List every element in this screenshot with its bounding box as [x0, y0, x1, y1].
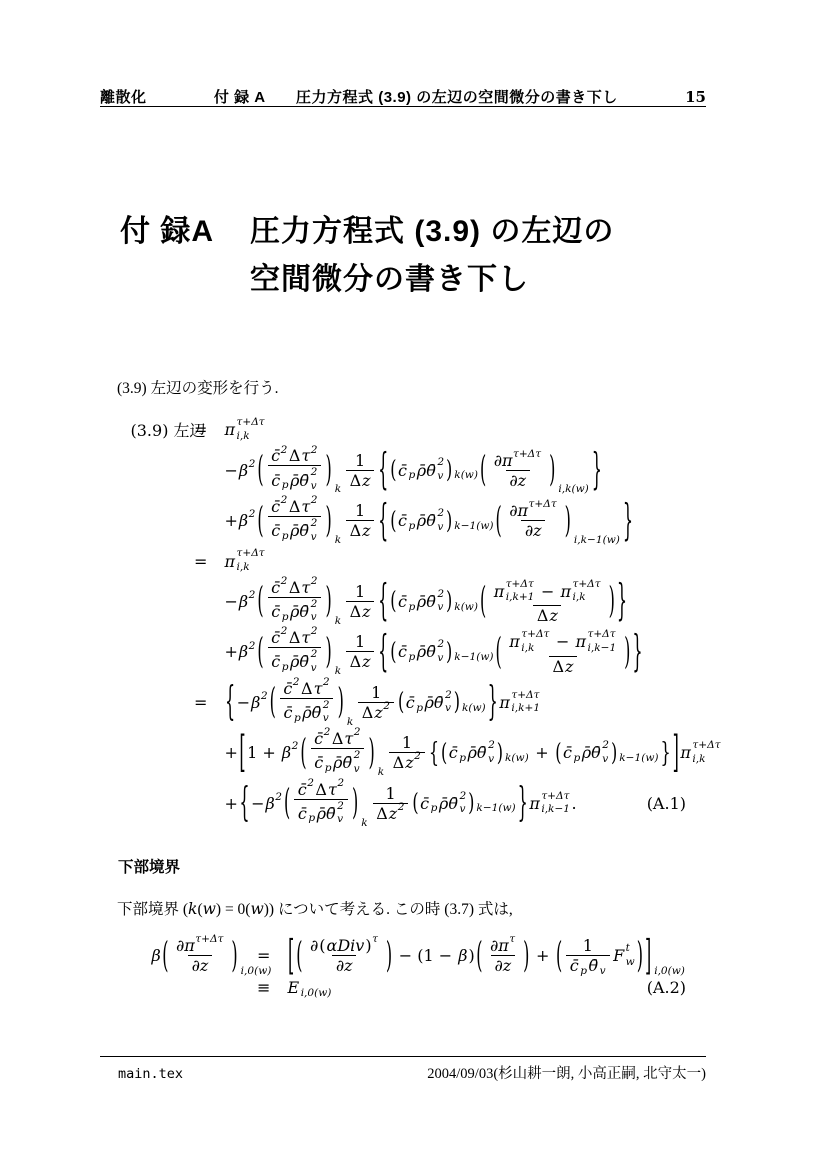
math-variable: π: [575, 632, 586, 651]
math-operator: 1: [385, 784, 395, 803]
equation-line: −β2(c̄2Δτ2c̄pρ̄θ̄2v)k1Δz{(c̄pρ̄θ̄2v)k(w)…: [130, 578, 706, 625]
subscript: k(w): [454, 469, 478, 481]
subscript: k−1(w): [476, 802, 515, 814]
delimiter: (: [412, 791, 418, 815]
delimiter: ): [446, 589, 452, 613]
superscript: 2: [602, 739, 609, 753]
math-variable: z: [362, 602, 370, 621]
math-variable: τ: [344, 729, 353, 748]
equation-line: ={−β2(c̄2Δτ2c̄pρ̄θ̄2v)k1Δz2(c̄pρ̄θ̄2v)k(…: [130, 679, 706, 726]
page-footer: main.tex 2004/09/03(杉山耕一朗, 小高正嗣, 北守太一): [100, 1062, 706, 1083]
subscript: i,0(w): [654, 965, 685, 977]
math-variable: c̄: [271, 471, 280, 490]
delimiter: }: [623, 499, 633, 542]
delimiter: {: [378, 630, 388, 673]
fraction: 1c̄pθ̄v: [566, 936, 609, 975]
denominator: ∂z: [506, 470, 530, 490]
delimiter: ): [497, 741, 503, 765]
math-variable: z: [362, 652, 370, 671]
math-operator: 1: [583, 936, 593, 955]
superscript: 2: [261, 690, 268, 702]
delimiter: ): [368, 735, 374, 770]
subscript: p: [416, 702, 423, 714]
math-operator: 1: [355, 451, 365, 470]
math-variable: ∂π: [494, 451, 513, 470]
fraction: 1Δz2: [389, 733, 425, 772]
equation-content: {−β2(c̄2Δτ2c̄pρ̄θ̄2v)k1Δz2(c̄pρ̄θ̄2v)k(w…: [224, 679, 541, 726]
numerator: c̄2Δτ2: [268, 497, 322, 516]
math-variable: c̄: [283, 703, 292, 722]
denominator: ∂z: [332, 955, 356, 975]
math-variable: ∂π: [490, 936, 509, 955]
math-variable: β: [239, 592, 248, 611]
delimiter: ): [352, 786, 358, 821]
math-operator: +: [531, 946, 555, 965]
math-variable: c̄: [449, 743, 458, 762]
math-variable: ∂z: [509, 471, 526, 490]
math-variable: π: [225, 552, 236, 571]
superscript-subscript-stack: 2v: [437, 507, 444, 534]
denominator: c̄pρ̄θ̄2v: [280, 698, 334, 726]
math-variable: ρ̄θ̄: [302, 703, 321, 722]
fraction: πτ+Δτi,k+1 − πτ+Δτi,kΔz: [490, 578, 604, 625]
math-variable: z: [549, 606, 557, 625]
superscript: 2: [398, 801, 405, 813]
subscript: v: [602, 753, 608, 767]
superscript-subscript-stack: 2v: [311, 517, 318, 544]
superscript: 2: [292, 740, 299, 752]
subscript: k−1(w): [454, 520, 493, 532]
fraction: 1Δz: [346, 451, 374, 490]
math-operator: +: [225, 511, 238, 530]
math-operator: Δ: [289, 497, 301, 516]
equation-content: −β2(c̄2Δτ2c̄pρ̄θ̄2v)k1Δz{(c̄pρ̄θ̄2v)k(w)…: [224, 578, 628, 625]
math-variable: ρ̄θ̄: [290, 471, 309, 490]
fraction: ∂πτ+Δτ∂z: [506, 501, 561, 540]
superscript: τ+Δτ: [513, 448, 541, 460]
fraction: 1Δz: [346, 632, 374, 671]
math-variable: E: [288, 978, 300, 997]
denominator: Δz: [346, 520, 374, 540]
subscript: v: [337, 813, 343, 827]
superscript: 2: [324, 726, 331, 738]
math-variable: ρ̄θ̄: [290, 602, 309, 621]
header-rule: [100, 106, 706, 107]
math-variable: β: [152, 946, 161, 965]
subscript: p: [282, 661, 289, 673]
delimiter: (: [390, 640, 396, 664]
delimiter: (: [496, 503, 502, 538]
math-operator: −: [225, 592, 238, 611]
math-variable: τ: [301, 578, 310, 597]
appendix-title-label: 付 録A: [120, 208, 214, 304]
subscript: i,0(w): [301, 987, 332, 999]
math-variable: β: [239, 642, 248, 661]
delimiter: [: [239, 731, 245, 774]
subscript: i,0(w): [241, 965, 272, 977]
subscript: p: [308, 812, 315, 824]
superscript: 2: [311, 466, 318, 480]
page-number: 15: [685, 88, 706, 106]
text-run: ) = 0(: [216, 901, 251, 918]
subscript: i,k: [237, 561, 250, 575]
superscript-subscript-stack: τ+Δτi,k−1: [587, 628, 616, 655]
denominator: Δz2: [389, 752, 425, 772]
superscript-subscript-stack: τ+Δτi,k+1: [506, 578, 535, 605]
math-variable: c̄: [563, 743, 572, 762]
equation-content: +{−β2(c̄2Δτ2c̄pρ̄θ̄2v)k1Δz2(c̄pρ̄θ̄2v)k−…: [224, 780, 577, 827]
subscript: p: [282, 530, 289, 542]
math-variable: ρ̄θ̄: [425, 693, 444, 712]
fraction: 1Δz: [346, 582, 374, 621]
math-operator: Δ: [552, 657, 564, 676]
delimiter: (: [496, 634, 502, 671]
math-operator: Δ: [350, 521, 362, 540]
math-operator: Δ: [332, 729, 344, 748]
delimiter: ): [454, 690, 460, 714]
subscript: k(w): [462, 702, 486, 714]
appendix-title-text: 圧力方程式 (3.9) の左辺の 空間微分の書き下し: [250, 208, 614, 304]
superscript: 2: [311, 598, 318, 612]
superscript: 2: [311, 625, 318, 637]
math-variable: β: [239, 511, 248, 530]
math-operator: Δ: [301, 679, 313, 698]
numerator: 1: [352, 632, 369, 651]
math-operator: 1: [402, 733, 412, 752]
math-variable: c̄: [398, 511, 407, 530]
superscript: 2: [311, 575, 318, 587]
superscript: 2: [281, 444, 288, 456]
superscript: τ+Δτ: [511, 689, 539, 703]
superscript: 2: [337, 800, 344, 814]
superscript-subscript-stack: τ+Δτi,k: [521, 628, 549, 655]
math-variable: ρ̄θ̄: [417, 592, 436, 611]
math-variable: w: [203, 900, 216, 918]
subscript: v: [445, 702, 451, 716]
math-variable: ρ̄θ̄: [317, 804, 336, 823]
delimiter: ): [325, 453, 331, 488]
math-operator: ): [365, 936, 371, 955]
delimiter: (: [257, 584, 263, 619]
math-operator: Δ: [362, 703, 374, 722]
math-variable: ρ̄θ̄: [582, 743, 601, 762]
equation-content: −β2(c̄2Δτ2c̄pρ̄θ̄2v)k1Δz{(c̄pρ̄θ̄2v)k(w)…: [224, 446, 603, 493]
equation-a1: (3.9) 左辺=πτ+Δτi,k−β2(c̄2Δτ2c̄pρ̄θ̄2v)k1Δ…: [130, 413, 706, 830]
subscript: v: [323, 712, 329, 726]
delimiter: [: [288, 935, 294, 977]
math-operator: 1: [355, 501, 365, 520]
delimiter: ): [611, 741, 617, 765]
math-operator: Δ: [350, 652, 362, 671]
math-variable: c̄: [271, 652, 280, 671]
superscript: 2: [445, 689, 452, 703]
math-operator: Δ: [393, 753, 405, 772]
numerator: ∂πτ+Δτ: [173, 936, 228, 955]
math-variable: τ: [301, 628, 310, 647]
fraction: c̄2Δτ2c̄pρ̄θ̄2v: [268, 497, 322, 544]
denominator: c̄pρ̄θ̄2v: [268, 516, 322, 544]
numerator: c̄2Δτ2: [268, 628, 322, 647]
footer-credits: 2004/09/03(杉山耕一朗, 小高正嗣, 北守太一): [427, 1062, 706, 1083]
superscript: 2: [437, 638, 444, 652]
superscript: 2: [311, 444, 318, 456]
math-variable: F: [613, 946, 624, 965]
math-variable: β: [282, 743, 291, 762]
equation-relation: =: [194, 420, 224, 439]
superscript: 2: [323, 676, 330, 688]
delimiter: ): [446, 509, 452, 533]
math-operator: ): [469, 946, 475, 965]
subscript: i,k−1: [541, 803, 570, 817]
numerator: πτ+Δτi,k − πτ+Δτi,k−1: [506, 628, 620, 655]
math-variable: z: [374, 703, 382, 722]
subscript: k: [378, 766, 384, 778]
superscript: τ: [372, 933, 378, 945]
math-variable: ∂: [310, 936, 318, 955]
superscript-subscript-stack: 2v: [437, 588, 444, 615]
math-variable: ρ̄θ̄: [439, 794, 458, 813]
math-variable: c̄: [398, 642, 407, 661]
denominator: ∂z: [521, 520, 545, 540]
delimiter: (: [555, 741, 561, 765]
equation-relation: =: [194, 552, 224, 571]
subscript: v: [437, 652, 443, 666]
math-variable: ρ̄θ̄: [417, 511, 436, 530]
delimiter: (: [480, 453, 486, 488]
superscript-subscript-stack: 2v: [311, 598, 318, 625]
delimiter: (: [162, 938, 168, 973]
equation-relation: =: [257, 946, 287, 965]
numerator: πτ+Δτi,k+1 − πτ+Δτi,k: [490, 578, 604, 605]
equation-content: Ei,0(w): [287, 978, 332, 997]
fraction: c̄2Δτ2c̄pρ̄θ̄2v: [268, 578, 322, 625]
superscript-subscript-stack: τ+Δτi,k: [692, 739, 720, 766]
subscript: p: [580, 965, 587, 977]
superscript: t: [626, 942, 630, 956]
delimiter: (: [441, 741, 447, 765]
delimiter: {: [225, 682, 235, 722]
math-variable: w: [250, 900, 263, 918]
subscript: i,k+1: [506, 591, 535, 605]
subscript: p: [573, 752, 580, 764]
math-variable: c̄: [271, 578, 280, 597]
superscript: 2: [488, 739, 495, 753]
subscript: v: [488, 753, 494, 767]
math-variable: c̄: [420, 794, 429, 813]
equation-line: ≡Ei,0(w)(A.2): [151, 978, 706, 997]
subscript: k(w): [454, 601, 478, 613]
subscript: k−1(w): [619, 752, 658, 764]
delimiter: ): [338, 685, 344, 720]
math-operator: 1 +: [247, 743, 281, 762]
superscript-subscript-stack: 2v: [311, 466, 318, 493]
numerator: c̄2Δτ2: [280, 679, 334, 698]
math-variable: c̄: [271, 446, 280, 465]
superscript: 2: [249, 508, 256, 520]
equation-a2: β(∂πτ+Δτ∂z)i,0(w)=[(∂(αDiv)τ∂z) − (1 − β…: [151, 933, 706, 1000]
superscript: 2: [311, 494, 318, 506]
math-operator: 1: [355, 632, 365, 651]
math-variable: c̄: [271, 521, 280, 540]
fraction: c̄2Δτ2c̄pρ̄θ̄2v: [268, 446, 322, 493]
subscript: k: [335, 483, 341, 495]
subscript: i,k−1: [587, 642, 616, 656]
superscript: 2: [249, 640, 256, 652]
math-variable: ρ̄θ̄: [417, 642, 436, 661]
superscript: 2: [337, 777, 344, 789]
math-variable: ∂z: [494, 956, 511, 975]
equation-number: (A.2): [647, 978, 686, 997]
superscript: 2: [459, 790, 466, 804]
delimiter: ): [523, 938, 529, 973]
superscript: 2: [414, 750, 421, 762]
delimiter: (: [390, 589, 396, 613]
math-variable: c̄: [570, 956, 579, 975]
superscript: τ: [509, 933, 515, 945]
subscript: v: [437, 521, 443, 535]
delimiter: (: [257, 503, 263, 538]
numerator: 1: [368, 683, 385, 702]
equation-number: (A.1): [647, 794, 686, 813]
math-variable: c̄: [398, 592, 407, 611]
delimiter: }: [518, 783, 528, 823]
denominator: Δz: [346, 651, 374, 671]
math-variable: c̄: [271, 497, 280, 516]
superscript: 2: [311, 648, 318, 662]
math-operator: 1: [371, 683, 381, 702]
delimiter: (: [556, 938, 562, 973]
superscript: 2: [281, 575, 288, 587]
math-variable: c̄: [314, 753, 323, 772]
math-operator: −: [237, 693, 250, 712]
math-variable: ∂π: [176, 936, 195, 955]
fraction: ∂(αDiv)τ∂z: [307, 936, 382, 975]
subscript: v: [459, 803, 465, 817]
math-variable: ρ̄θ̄: [290, 521, 309, 540]
subscript: p: [409, 520, 416, 532]
appendix-title: 付 録A 圧力方程式 (3.9) の左辺の 空間微分の書き下し: [120, 208, 614, 304]
denominator: ∂z: [491, 955, 515, 975]
superscript-subscript-stack: τ+Δτi,k+1: [511, 689, 540, 716]
subscript: p: [282, 479, 289, 491]
numerator: ∂(αDiv)τ: [307, 936, 382, 955]
superscript-subscript-stack: τ+Δτi,k: [237, 547, 265, 574]
math-variable: ρ̄θ̄: [468, 743, 487, 762]
subscript: k(w): [505, 752, 529, 764]
delimiter: }: [592, 449, 602, 492]
math-operator: Δ: [315, 780, 327, 799]
subscript: v: [437, 601, 443, 615]
denominator: Δz: [533, 605, 561, 625]
footer-filename: main.tex: [100, 1066, 183, 1082]
math-variable: β: [239, 461, 248, 480]
math-operator: Δ: [289, 628, 301, 647]
delimiter: {: [378, 449, 388, 492]
math-variable: β: [458, 946, 467, 965]
subscript: i,k: [692, 753, 705, 767]
subscript: p: [325, 762, 332, 774]
math-operator: Δ: [350, 471, 362, 490]
fraction: ∂πτ+Δτ∂z: [173, 936, 228, 975]
denominator: Δz: [346, 470, 374, 490]
denominator: ∂z: [188, 955, 212, 975]
subscript: v: [354, 763, 360, 777]
fraction: c̄2Δτ2c̄pρ̄θ̄2v: [268, 628, 322, 675]
denominator: c̄pρ̄θ̄2v: [294, 799, 348, 827]
equation-content: [(∂(αDiv)τ∂z) − (1 − β)(∂πτ∂z) + (1c̄pθ̄…: [287, 936, 687, 975]
math-operator: −: [225, 461, 238, 480]
math-variable: c̄: [398, 461, 407, 480]
math-variable: c̄: [406, 693, 415, 712]
fraction: 1Δz: [346, 501, 374, 540]
math-variable: β: [251, 693, 260, 712]
math-operator: +: [530, 743, 554, 762]
subscript: p: [431, 802, 438, 814]
fraction: ∂πτ+Δτ∂z: [490, 451, 545, 490]
superscript: τ+Δτ: [572, 578, 600, 592]
denominator: c̄pρ̄θ̄2v: [268, 597, 322, 625]
math-operator: Δ: [289, 578, 301, 597]
equation-line: =πτ+Δτi,k: [130, 547, 706, 574]
text-run: )) について考える. この時 (3.7) 式は,: [264, 901, 513, 918]
math-variable: z: [565, 657, 573, 676]
superscript: 2: [249, 458, 256, 470]
numerator: c̄2Δτ2: [268, 446, 322, 465]
equation-relation: =: [194, 693, 224, 712]
delimiter: (: [390, 509, 396, 533]
delimiter: (: [257, 634, 263, 669]
footer-rule: [100, 1056, 706, 1057]
subscript: p: [282, 611, 289, 623]
math-operator: −: [251, 794, 264, 813]
math-variable: z: [405, 753, 413, 772]
superscript: 2: [383, 700, 390, 712]
math-operator: − (1 −: [394, 946, 458, 965]
fraction: 1Δz2: [358, 683, 394, 722]
superscript: τ+Δτ: [195, 933, 223, 945]
math-variable: π: [509, 632, 520, 651]
math-variable: τ: [314, 679, 323, 698]
numerator: 1: [398, 733, 415, 752]
delimiter: ): [565, 503, 571, 538]
numerator: 1: [352, 582, 369, 601]
delimiter: (: [296, 938, 302, 973]
running-head-left: 離散化: [100, 86, 147, 107]
equation-content: +[1 + β2(c̄2Δτ2c̄pρ̄θ̄2v)k1Δz2{(c̄pρ̄θ̄2…: [224, 729, 722, 776]
fraction: c̄2Δτ2c̄pρ̄θ̄2v: [311, 729, 365, 776]
superscript: 2: [293, 676, 300, 688]
math-variable: c̄: [298, 804, 307, 823]
running-head-title: 付 録 A 圧力方程式 (3.9) の左辺の空間微分の書き下し: [214, 86, 618, 107]
subscript: p: [459, 752, 466, 764]
superscript-subscript-stack: τ+Δτi,k−1: [541, 790, 570, 817]
subscript: v: [311, 480, 317, 494]
lower-boundary-paragraph: 下部境界 (k(w) = 0(w)) について考える. この時 (3.7) 式は…: [117, 897, 513, 919]
math-variable: ∂π: [509, 501, 528, 520]
math-variable: ∂z: [525, 521, 542, 540]
superscript: 2: [281, 494, 288, 506]
math-variable: c̄: [298, 780, 307, 799]
math-variable: z: [362, 471, 370, 490]
delimiter: (: [476, 938, 482, 973]
appendix-title-line-1: 圧力方程式 (3.9) の左辺の: [250, 208, 614, 256]
equation-lhs: β(∂πτ+Δτ∂z)i,0(w): [151, 936, 257, 975]
math-operator: +: [225, 743, 238, 762]
subscript: k: [335, 615, 341, 627]
numerator: ∂πτ+Δτ: [490, 451, 545, 470]
superscript: 2: [275, 791, 282, 803]
delimiter: ): [624, 634, 630, 671]
